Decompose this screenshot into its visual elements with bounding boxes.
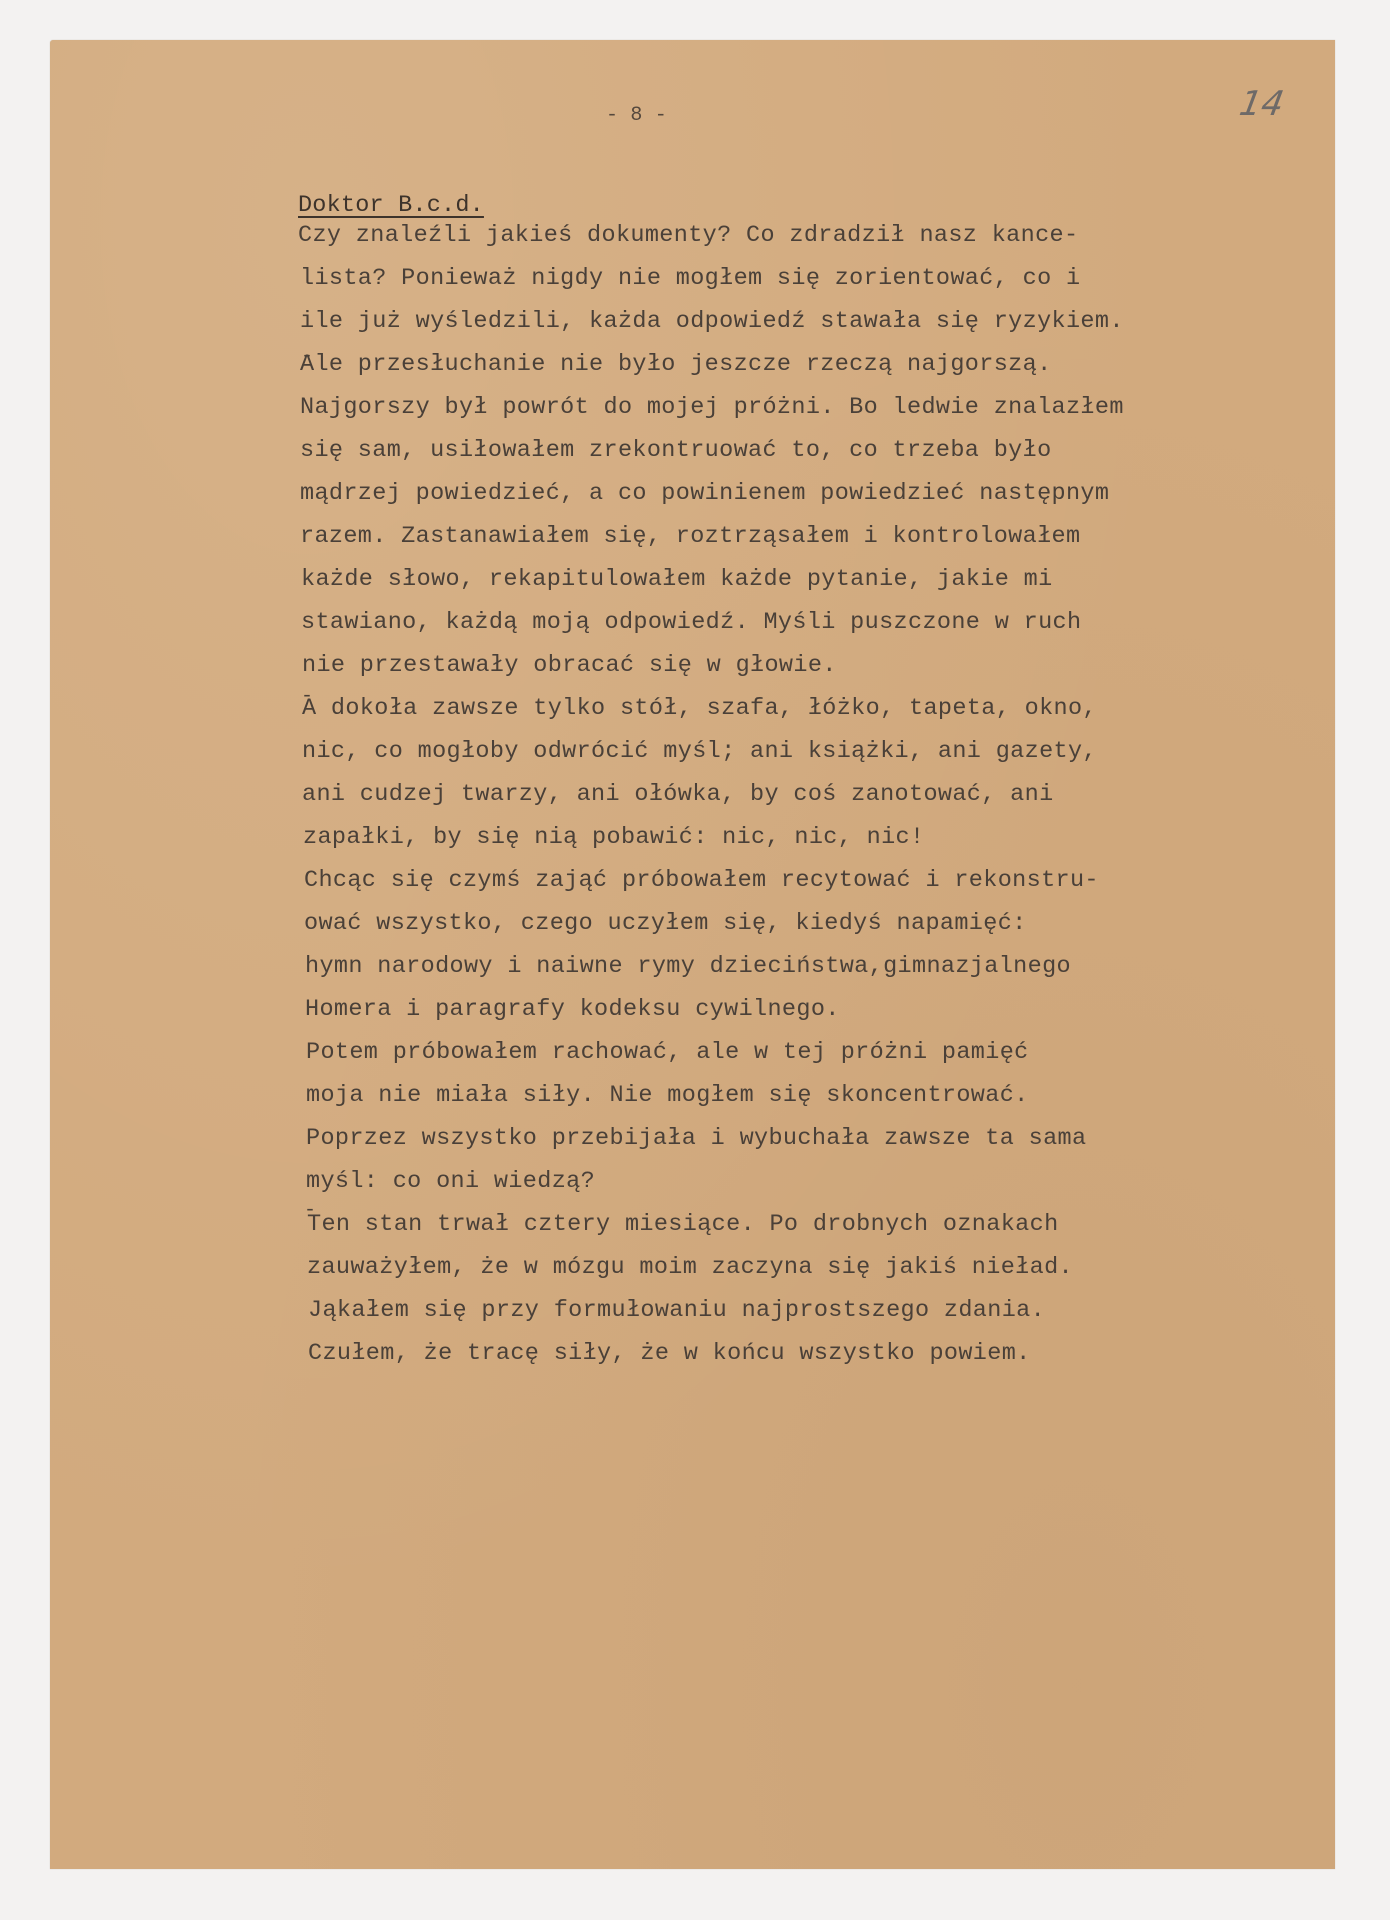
- text-line: Czułem, że tracę siły, że w końcu wszyst…: [308, 1340, 1031, 1367]
- section-heading: Doktor B.c.d.: [298, 192, 484, 219]
- text-line: Jąkałem się przy formułowaniu najprostsz…: [308, 1297, 1045, 1324]
- text-line: nie przestawały obracać się w głowie.: [302, 652, 837, 679]
- text-line: razem. Zastanawiałem się, roztrząsałem i…: [300, 523, 1080, 550]
- text-line: stawiano, każdą moją odpowiedź. Myśli pu…: [301, 609, 1081, 636]
- text-line: Chcąc się czymś zająć próbowałem recytow…: [304, 867, 1099, 894]
- text-line: Potem próbowałem rachować, ale w tej pró…: [306, 1039, 1029, 1066]
- text-line: Najgorszy był powrót do mojej próżni. Bo…: [300, 394, 1124, 421]
- text-line: ile już wyśledzili, każda odpowiedź staw…: [300, 308, 1124, 335]
- text-line: myśl: co oni wiedzą?: [306, 1168, 595, 1195]
- text-line: Homera i paragrafy kodeksu cywilnego.: [305, 996, 840, 1023]
- text-line: mądrzej powiedzieć, a co powinienem powi…: [300, 480, 1109, 507]
- archive-number-handwritten: 14: [1236, 84, 1286, 124]
- text-line: lista? Ponieważ nigdy nie mogłem się zor…: [300, 265, 1080, 292]
- text-line: moja nie miała siły. Nie mogłem się skon…: [306, 1082, 1029, 1109]
- text-line: ani cudzej twarzy, ani ołówka, by coś za…: [302, 781, 1054, 808]
- text-line: każde słowo, rekapitulowałem każde pytan…: [301, 566, 1053, 593]
- text-line: Poprzez wszystko przebijała i wybuchała …: [306, 1125, 1086, 1152]
- page-number: - 8 -: [606, 104, 667, 127]
- text-line: A dokoła zawsze tylko stół, szafa, łóżko…: [302, 695, 1097, 722]
- text-line: zapałki, by się nią pobawić: nic, nic, n…: [303, 824, 924, 851]
- text-line: się sam, usiłowałem zrekontruować to, co…: [300, 437, 1052, 464]
- text-line: Czy znaleźli jakieś dokumenty? Co zdradz…: [298, 222, 1078, 249]
- text-line: ować wszystko, czego uczyłem się, kiedyś…: [304, 910, 1027, 937]
- text-line: nic, co mogłoby odwrócić myśl; ani książ…: [302, 738, 1097, 765]
- text-line: Ten stan trwał cztery miesiące. Po drobn…: [307, 1211, 1059, 1238]
- text-line: Ale przesłuchanie nie było jeszcze rzecz…: [300, 351, 1052, 378]
- text-line: hymn narodowy i naiwne rymy dzieciństwa,…: [305, 953, 1071, 980]
- document-page: - 8 - 14 Doktor B.c.d. - - - Czy znaleźl…: [50, 40, 1335, 1869]
- text-line: zauważyłem, że w mózgu moim zaczyna się …: [307, 1254, 1073, 1281]
